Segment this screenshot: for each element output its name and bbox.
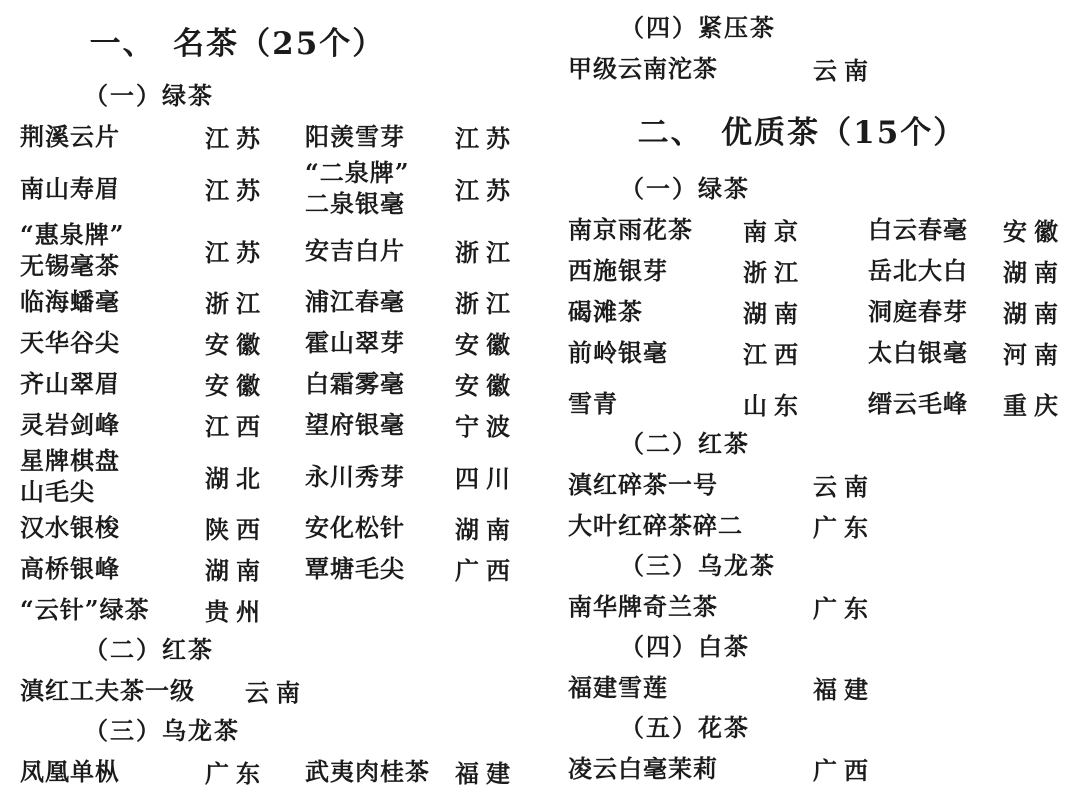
tea-row: 凌云白毫茉莉广西 (568, 748, 1080, 789)
tea-province: 湖南 (1003, 294, 1080, 329)
tea-province: 湖南 (743, 294, 868, 329)
tea-name: 灵岩剑峰 (20, 409, 205, 440)
tea-name: 安化松针 (305, 512, 455, 543)
tea-province: 浙江 (743, 253, 868, 288)
tea-province: 湖北 (205, 459, 305, 494)
tea-name: 太白银毫 (868, 337, 1003, 368)
document-page: 一、 名茶（25个）（一）绿茶荆溪云片江苏阳羡雪芽江苏南山寿眉江苏“二泉牌” 二… (0, 0, 1080, 795)
tea-name: 岳北大白 (868, 255, 1003, 286)
subsection-heading: （三）乌龙茶 (568, 546, 1080, 586)
tea-province: 广西 (455, 551, 540, 586)
tea-name: 福建雪莲 (568, 672, 813, 703)
tea-name: 星牌棋盘 山毛尖 (20, 445, 205, 507)
tea-row: 南华牌奇兰茶广东 (568, 586, 1080, 627)
tea-name: 武夷肉桂茶 (305, 756, 455, 787)
subsection-heading: （五）花茶 (568, 708, 1080, 748)
tea-name: 霍山翠芽 (305, 327, 455, 358)
tea-province: 福建 (455, 754, 540, 789)
tea-province: 江西 (743, 335, 868, 370)
tea-name: 缙云毛峰 (868, 388, 1003, 419)
tea-name: 荆溪云片 (20, 121, 205, 152)
subsection-heading: （三）乌龙茶 (20, 711, 540, 751)
tea-row: “惠泉牌” 无锡毫茶江苏安吉白片浙江 (20, 219, 540, 281)
tea-name: “云针”绿茶 (20, 594, 205, 625)
tea-name: 安吉白片 (305, 235, 455, 266)
subsection-heading: （一）绿茶 (568, 169, 1080, 209)
tea-name: 永川秀芽 (305, 461, 455, 492)
tea-name: 阳羡雪芽 (305, 121, 455, 152)
tea-row: 灵岩剑峰江西望府银毫宁波 (20, 404, 540, 445)
tea-province: 重庆 (1003, 386, 1080, 421)
tea-province: 广东 (813, 589, 1080, 624)
tea-province: 宁波 (455, 407, 540, 442)
tea-name: 汉水银梭 (20, 512, 205, 543)
tea-row: 南山寿眉江苏“二泉牌” 二泉银毫江苏 (20, 157, 540, 219)
tea-row: 大叶红碎茶碎二广东 (568, 505, 1080, 546)
tea-province: 江西 (205, 407, 305, 442)
tea-name: 高桥银峰 (20, 553, 205, 584)
tea-name: 天华谷尖 (20, 327, 205, 358)
tea-name: 望府银毫 (305, 409, 455, 440)
tea-province: 湖南 (1003, 253, 1080, 288)
tea-province: 浙江 (455, 284, 540, 319)
tea-province: 陕西 (205, 510, 305, 545)
tea-province: 江苏 (205, 171, 305, 206)
tea-row: 星牌棋盘 山毛尖湖北永川秀芽四川 (20, 445, 540, 507)
tea-row: “云针”绿茶贵州 (20, 589, 540, 630)
tea-province: 福建 (813, 670, 1080, 705)
tea-province: 浙江 (205, 284, 305, 319)
tea-name: “惠泉牌” 无锡毫茶 (20, 219, 205, 281)
tea-row: 荆溪云片江苏阳羡雪芽江苏 (20, 116, 540, 157)
tea-row: 西施银芽浙江岳北大白湖南 (568, 250, 1080, 291)
tea-name: 南华牌奇兰茶 (568, 591, 813, 622)
tea-name: 大叶红碎茶碎二 (568, 510, 813, 541)
tea-row: 天华谷尖安徽霍山翠芽安徽 (20, 322, 540, 363)
tea-row: 滇红工夫茶一级云南 (20, 670, 540, 711)
tea-province: 广西 (813, 751, 1080, 786)
tea-name: 南山寿眉 (20, 173, 205, 204)
tea-name: 甲级云南沱茶 (568, 53, 813, 84)
tea-province: 湖南 (455, 510, 540, 545)
tea-name: 西施银芽 (568, 255, 743, 286)
tea-province: 湖南 (205, 551, 305, 586)
tea-province: 安徽 (205, 325, 305, 360)
subsection-heading: （四）白茶 (568, 627, 1080, 667)
tea-name: 凌云白毫茉莉 (568, 753, 813, 784)
tea-name: 凤凰单枞 (20, 756, 205, 787)
tea-row: 南京雨花茶南京白云春毫安徽 (568, 209, 1080, 250)
tea-province: 安徽 (1003, 212, 1080, 247)
tea-name: 滇红工夫茶一级 (20, 675, 245, 706)
tea-province: 云南 (813, 51, 1080, 86)
tea-row: 甲级云南沱茶云南 (568, 48, 1080, 89)
tea-name: 碣滩茶 (568, 296, 743, 327)
tea-province: 云南 (245, 673, 540, 708)
tea-name: 白云春毫 (868, 214, 1003, 245)
tea-name: 南京雨花茶 (568, 214, 743, 245)
tea-name: 滇红碎茶一号 (568, 469, 813, 500)
tea-province: 广东 (205, 754, 305, 789)
tea-row: 前岭银毫江西太白银毫河南 (568, 332, 1080, 373)
tea-name: 齐山翠眉 (20, 368, 205, 399)
tea-name: 临海蟠毫 (20, 286, 205, 317)
left-column: 一、 名茶（25个）（一）绿茶荆溪云片江苏阳羡雪芽江苏南山寿眉江苏“二泉牌” 二… (0, 8, 540, 795)
tea-row: 高桥银峰湖南覃塘毛尖广西 (20, 548, 540, 589)
tea-name: 覃塘毛尖 (305, 553, 455, 584)
section-title: 一、 名茶（25个） (20, 22, 455, 66)
tea-province: 江苏 (205, 233, 305, 268)
tea-row: 临海蟠毫浙江浦江春毫浙江 (20, 281, 540, 322)
tea-row: 滇红碎茶一号云南 (568, 464, 1080, 505)
tea-row: 雪青山东缙云毛峰重庆 (568, 383, 1080, 424)
tea-province: 贵州 (205, 592, 305, 627)
subsection-heading: （二）红茶 (20, 630, 540, 670)
subsection-heading: （一）绿茶 (20, 76, 540, 116)
tea-name: 洞庭春芽 (868, 296, 1003, 327)
tea-name: “二泉牌” 二泉银毫 (305, 157, 455, 219)
tea-name: 雪青 (568, 388, 743, 419)
tea-province: 云南 (813, 467, 1080, 502)
tea-province: 安徽 (205, 366, 305, 401)
tea-name: 浦江春毫 (305, 286, 455, 317)
tea-name: 白霜雾毫 (305, 368, 455, 399)
tea-province: 安徽 (455, 325, 540, 360)
tea-name: 前岭银毫 (568, 337, 743, 368)
tea-row: 碣滩茶湖南洞庭春芽湖南 (568, 291, 1080, 332)
tea-province: 安徽 (455, 366, 540, 401)
tea-province: 江苏 (455, 119, 540, 154)
tea-province: 山东 (743, 386, 868, 421)
tea-province: 浙江 (455, 233, 540, 268)
tea-province: 江苏 (205, 119, 305, 154)
right-column: （四）紧压茶甲级云南沱茶云南二、 优质茶（15个）（一）绿茶南京雨花茶南京白云春… (540, 8, 1080, 795)
tea-province: 江苏 (455, 171, 540, 206)
tea-province: 四川 (455, 459, 540, 494)
subsection-heading: （二）红茶 (568, 424, 1080, 464)
tea-province: 河南 (1003, 335, 1080, 370)
tea-row: 汉水银梭陕西安化松针湖南 (20, 507, 540, 548)
tea-province: 南京 (743, 212, 868, 247)
section-title: 二、 优质茶（15个） (568, 111, 1036, 155)
tea-row: 凤凰单枞广东武夷肉桂茶福建 (20, 751, 540, 792)
subsection-heading: （四）紧压茶 (568, 8, 1080, 48)
tea-row: 福建雪莲福建 (568, 667, 1080, 708)
tea-row: 齐山翠眉安徽白霜雾毫安徽 (20, 363, 540, 404)
tea-province: 广东 (813, 508, 1080, 543)
